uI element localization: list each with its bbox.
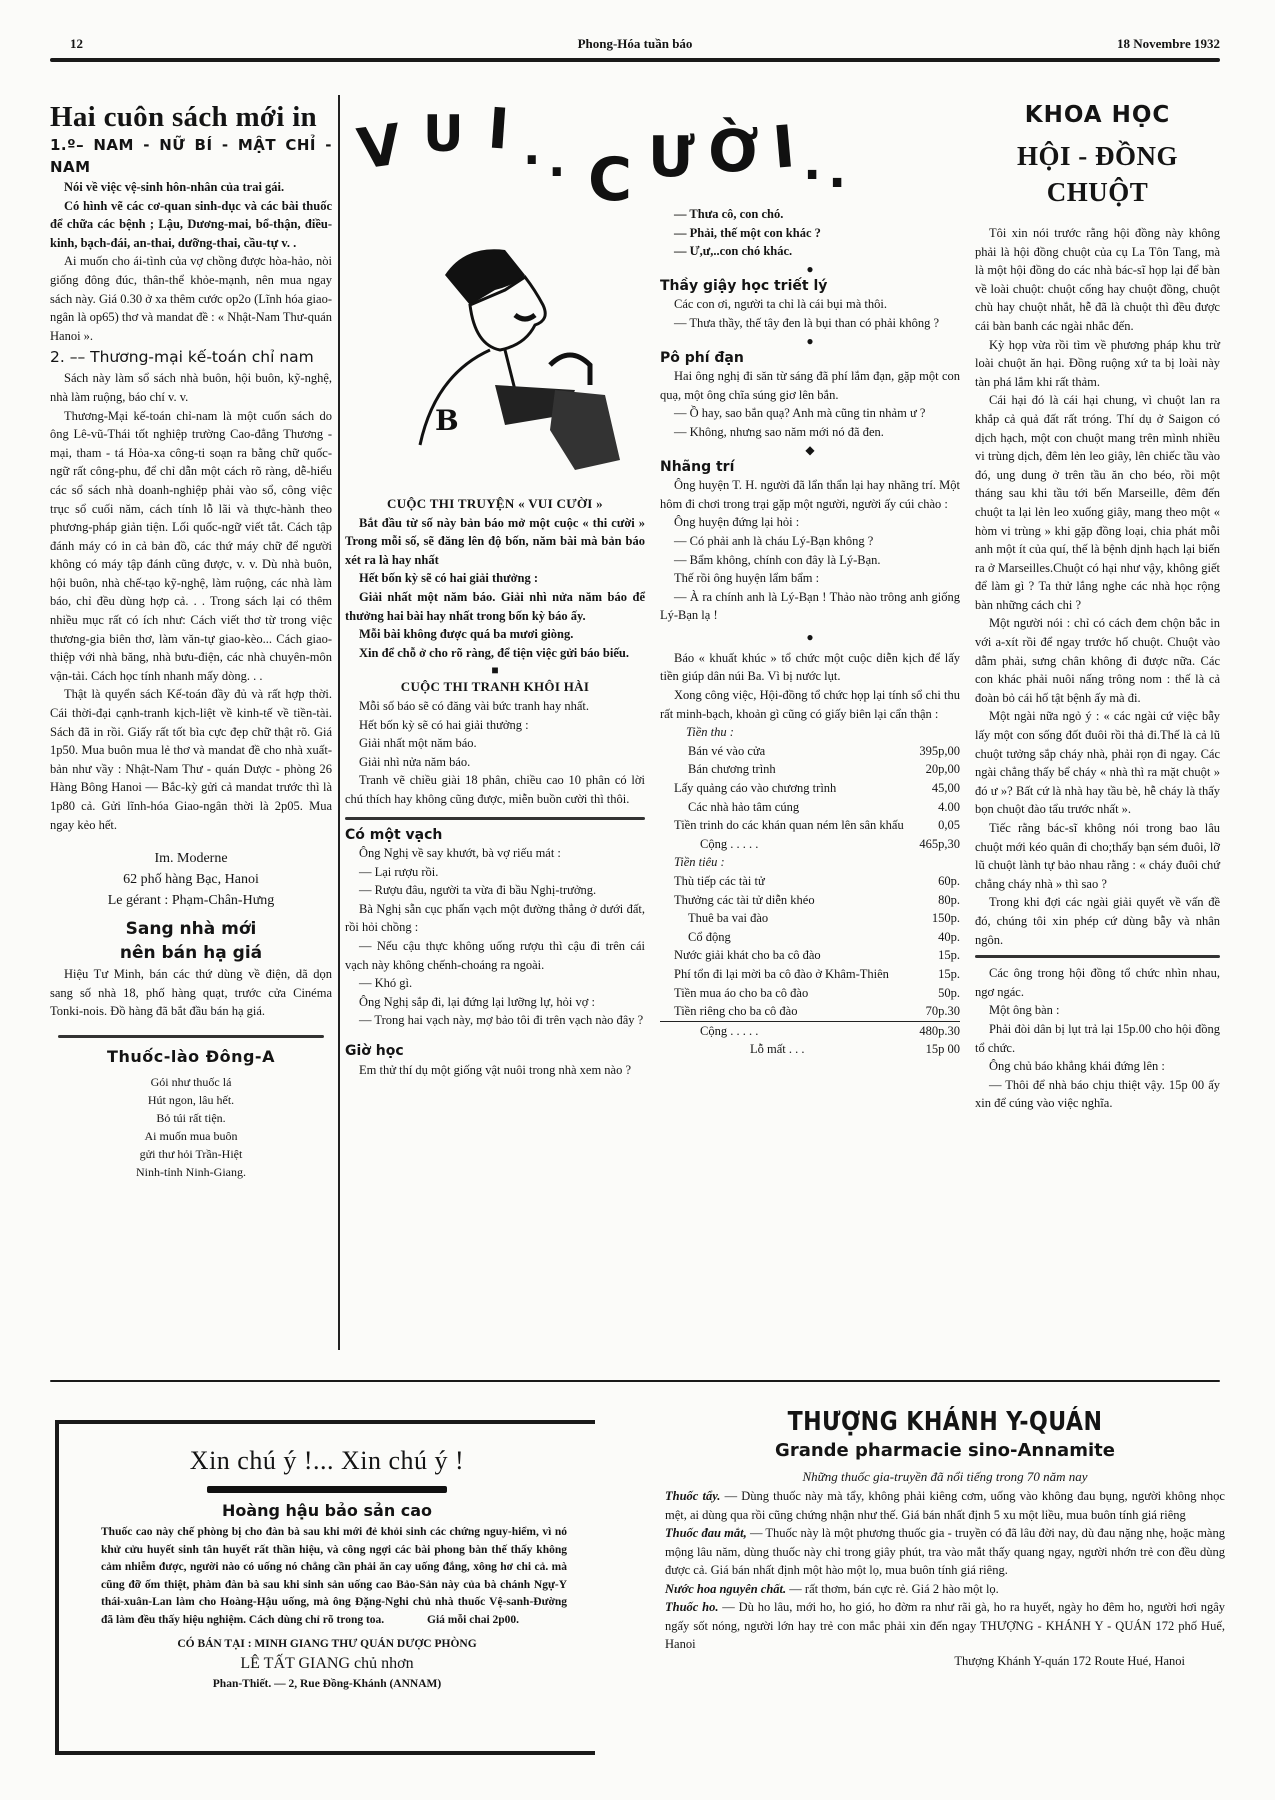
ad-item: Thuốc tẩy. — Dùng thuốc này mà tẩy, khôn… (665, 1487, 1225, 1524)
joke-line: — Rượu đâu, người ta vừa đi bầu Nghị-trư… (345, 881, 645, 900)
ledger-amount: 20p,00 (926, 760, 960, 779)
expense-row: Tiền mua áo cho ba cô đào50p. (660, 984, 960, 1003)
joke-line: — Thưa cô, con chó. (660, 205, 960, 224)
ledger-amount: 150p. (932, 909, 960, 928)
banner-letter: C (588, 145, 632, 215)
issue-date: 18 Novembre 1932 (1117, 36, 1220, 52)
separator-diamond-icon: ◆ (660, 442, 960, 458)
joke-line: — Khó gì. (345, 974, 645, 993)
income-row: Bán vé vào cửa395p,00 (660, 742, 960, 761)
ad-tagline: Những thuốc gia-truyền đã nổi tiếng tron… (665, 1467, 1225, 1487)
ad-item-text: — rất thơm, bán cực rẻ. Giá 2 hào một lọ… (786, 1582, 999, 1596)
joke-line: — Không, nhưng sao năm mới nó đã đen. (660, 423, 960, 442)
ledger-label: Tiền trinh do các khán quan ném lên sân … (674, 816, 904, 835)
ad-address: Phan-Thiết. — 2, Rue Đồng-Khánh (ANNAM) (59, 1675, 595, 1693)
ad-hoang-hau-bao-san-cao: Xin chú ý !... Xin chú ý ! Hoàng hậu bảo… (55, 1420, 595, 1755)
joke-line: Hai ông nghị đi săn từ sáng đã phí lắm đ… (660, 367, 960, 404)
banner-dot: . (523, 121, 540, 175)
contest-drawing-title: CUỘC THI TRANH KHÔI HÀI (345, 678, 645, 697)
ad-item-text: — Thuốc này là một phương thuốc gia - tr… (665, 1526, 1225, 1577)
moving-sale-title-line: Sang nhà mới (50, 917, 332, 941)
joke-line: — Có phải anh là cháu Lý-Bạn không ? (660, 532, 960, 551)
banner-dot: . (548, 133, 565, 187)
income-heading: Tiền thu : (660, 723, 960, 742)
banner-letter: I (770, 112, 797, 182)
ad-divider (207, 1486, 447, 1493)
ledger-label: Tiền riêng cho ba cô đào (674, 1002, 797, 1021)
ledger-amount: 60p. (938, 872, 960, 891)
column-contests: CUỘC THI TRUYỆN « VUI CƯỜI » Bắt đầu từ … (345, 495, 645, 1079)
book2-paragraph: Thương-Mại kế-toán chỉ-nam là một cuốn s… (50, 407, 332, 686)
ad-item-text: — Dù ho lâu, mới ho, ho gió, ho đờm ra n… (665, 1600, 1225, 1651)
separator-dot-icon: ● (660, 333, 960, 349)
contest-paragraph: Mỗi số báo sẽ có đăng vài bức tranh hay … (345, 697, 645, 716)
income-row: Tiền trinh do các khán quan ném lên sân … (660, 816, 960, 835)
imprint-line: 62 phố hàng Bạc, Hanoi (50, 869, 332, 890)
conclusion-line: Phải đòi dân bị lụt trả lại 15p.00 cho h… (975, 1020, 1220, 1057)
ledger-amount: 4.00 (938, 798, 960, 817)
book1-paragraph: Có hình vẽ các cơ-quan sinh-dục và các b… (50, 197, 332, 253)
verse-line: Hút ngon, lâu hết. (50, 1091, 332, 1109)
loss-row: Lỗ mất . . . 15p 00 (660, 1040, 960, 1059)
ledger-label: Lỗ mất . . . (750, 1040, 805, 1059)
section-divider (58, 1035, 324, 1038)
ledger-label: Cộng . . . . . (700, 1022, 758, 1041)
joke-body: Các con ơi, người ta chỉ là cái bụi mà t… (660, 295, 960, 332)
ledger-amount: 40p. (938, 928, 960, 947)
verse-line: Bỏ túi rất tiện. (50, 1109, 332, 1127)
verse-line: Gói như thuốc lá (50, 1073, 332, 1091)
joke-line: — Trong hai vạch này, mợ bảo tôi đi trên… (345, 1011, 645, 1030)
ledger-label: Cộng . . . . . (700, 835, 758, 854)
separator-dot-icon: ● (660, 261, 960, 277)
income-row: Các nhà hảo tâm cúng4.00 (660, 798, 960, 817)
book1-title: 1.º– NAM - NỮ BÍ - MẬT CHỈ - NAM (50, 134, 332, 178)
ledger-label: Tiền mua áo cho ba cô đào (674, 984, 808, 1003)
conclusion-line: Các ông trong hội đồng tổ chức nhìn nhau… (975, 964, 1220, 1001)
expense-heading: Tiền tiêu : (660, 853, 960, 872)
joke-title: Giờ học (345, 1042, 645, 1061)
section-divider (345, 817, 645, 820)
joke-line: — Thưa thầy, thế tây đen là bụi than có … (660, 314, 960, 333)
ledger-conclusion: Các ông trong hội đồng tổ chức nhìn nhau… (975, 964, 1220, 1113)
publication-title: Phong-Hóa tuần báo (50, 36, 1220, 52)
cartoon-illustration: B (375, 215, 645, 485)
section-label: KHOA HỌC (975, 100, 1220, 130)
ad-subtitle: Grande pharmacie sino-Annamite (665, 1439, 1225, 1463)
imprint-line: Le gérant : Phạm-Chân-Hưng (50, 890, 332, 911)
joke-line: — Nếu cậu thực không uống rượu thì cậu đ… (345, 937, 645, 974)
ledger-label: Thù tiếp các tài tử (674, 872, 765, 891)
ledger-amount: 45,00 (932, 779, 960, 798)
svg-text:B: B (435, 404, 459, 437)
masthead-rule (50, 58, 1220, 62)
contest-story-title: CUỘC THI TRUYỆN « VUI CƯỜI » (345, 495, 645, 514)
caricature-icon: B (375, 215, 645, 485)
joke-line: Các con ơi, người ta chỉ là cái bụi mà t… (660, 295, 960, 314)
moving-sale-title-line: nên bán hạ giá (50, 941, 332, 965)
banner-letter: U (423, 105, 464, 163)
joke-line: — À ra chính anh là Lý-Bạn ! Thảo nào tr… (660, 588, 960, 625)
thuoc-lao-verse: Gói như thuốc láHút ngon, lâu hết.Bỏ túi… (50, 1073, 332, 1181)
section-divider (975, 955, 1220, 958)
ledger-amount: 15p. (938, 965, 960, 984)
masthead: 12 Phong-Hóa tuần báo 18 Novembre 1932 (50, 30, 1220, 50)
ledger-amount: 395p,00 (919, 742, 960, 761)
article-paragraph: Cái hại đó là cái hại chung, vì chuột la… (975, 391, 1220, 614)
ledger-label: Bán chương trình (688, 760, 776, 779)
contest-paragraph: Giải nhất một năm báo. (345, 734, 645, 753)
ad-retailer: CÓ BÁN TẠI : MINH GIANG THƯ QUÁN DƯỢC PH… (59, 1635, 595, 1653)
conclusion-line: Ông chủ báo khẳng khái đứng lên : (975, 1057, 1220, 1076)
income-ledger: Bán vé vào cửa395p,00Bán chương trình20p… (660, 742, 960, 835)
joke-line: Thế rồi ông huyện lẩm bẩm : (660, 569, 960, 588)
income-row: Lấy quảng cáo vào chương trình45,00 (660, 779, 960, 798)
article-paragraph: Tiếc rằng bác-sĩ không nói trong bao lâu… (975, 819, 1220, 893)
book1-paragraph: Nói về việc vệ-sinh hôn-nhân của trai gá… (50, 178, 332, 197)
ad-item-text: — Dùng thuốc này mà tẩy, không phải kiên… (665, 1489, 1225, 1522)
verse-line: gửi thư hỏi Trần-Hiệt (50, 1145, 332, 1163)
expense-ledger: Thù tiếp các tài tử60p.Thưởng các tài tử… (660, 872, 960, 1021)
contest-paragraph: Giải nhì nửa năm báo. (345, 753, 645, 772)
book2-paragraph: Sách này làm sổ sách nhà buôn, hội buôn,… (50, 369, 332, 406)
moving-sale-body: Hiệu Tư Minh, bán các thứ dùng về điện, … (50, 965, 332, 1021)
column-science: KHOA HỌC HỘI - ĐỒNG CHUỘT Tôi xin nói tr… (975, 100, 1220, 1113)
expense-row: Phí tổn đi lại mời ba cô đào ở Khâm-Thiê… (660, 965, 960, 984)
column-divider (338, 95, 340, 1350)
banner-letter: I (486, 96, 511, 162)
contest-paragraph: Xin để chỗ ở cho rõ ràng, để tiện việc g… (345, 644, 645, 663)
ad-item: Thuốc đau mắt, — Thuốc này là một phương… (665, 1524, 1225, 1580)
conclusion-line: — Thôi để nhà báo chịu thiệt vậy. 15p 00… (975, 1076, 1220, 1113)
books-heading: Hai cuôn sách mới in (50, 100, 332, 134)
ad-body-text: Thuốc cao này chế phòng bị cho đàn bà sa… (101, 1526, 567, 1626)
book1-paragraph: Ai muốn cho ái-tình của vợ chồng được hò… (50, 252, 332, 345)
joke-line: — Lại rượu rồi. (345, 863, 645, 882)
expense-row: Cổ động40p. (660, 928, 960, 947)
ledger-label: Phí tổn đi lại mời ba cô đào ở Khâm-Thiê… (674, 965, 889, 984)
ad-items: Thuốc tẩy. — Dùng thuốc này mà tẩy, khôn… (665, 1487, 1225, 1654)
joke-line: Em thử thí dụ một giống vật nuôi trong n… (345, 1061, 645, 1080)
separator-dot-icon: ● (660, 629, 960, 645)
thuoc-lao-title: Thuốc-lào Đông-A (50, 1048, 332, 1067)
ledger-amount: 0,05 (938, 816, 960, 835)
ad-price: Giá mỗi chai 2p00. (427, 1614, 519, 1626)
joke-line: — Ư,ư,..con chó khác. (660, 242, 960, 261)
joke-line: — Phải, thế một con khác ? (660, 224, 960, 243)
ledger-label: Nước giải khát cho ba cô đào (674, 946, 821, 965)
joke-body: Hai ông nghị đi săn từ sáng đã phí lắm đ… (660, 367, 960, 441)
contest-paragraph: Giải nhất một năm báo. Giải nhì nửa năm … (345, 588, 645, 625)
expense-row: Thưởng các tài tử diễn khéo80p. (660, 891, 960, 910)
contest-paragraph: Hết bốn kỳ sẽ có hai giải thưởng : (345, 716, 645, 735)
ledger-amount: 70p.30 (926, 1002, 960, 1021)
expense-row: Thù tiếp các tài tử60p. (660, 872, 960, 891)
page-divider (50, 1380, 1220, 1382)
joke-body: Ông Nghị về say khướt, bà vợ riếu mát :—… (345, 844, 645, 1030)
ad-item-name: Thuốc tẩy. (665, 1489, 720, 1503)
contest-paragraph: Hết bốn kỳ sẽ có hai giải thưởng : (345, 569, 645, 588)
income-row: Bán chương trình20p,00 (660, 760, 960, 779)
verse-line: Ai muốn mua buôn (50, 1127, 332, 1145)
banner-dot: . (828, 143, 846, 199)
ad-item: Nước hoa nguyên chất. — rất thơm, bán cự… (665, 1580, 1225, 1599)
expense-row: Thuê ba vai đào150p. (660, 909, 960, 928)
joke-continuation: — Thưa cô, con chó.— Phải, thế một con k… (660, 205, 960, 261)
ad-headline: Xin chú ý !... Xin chú ý ! (59, 1446, 595, 1476)
ad-item-name: Thuốc ho. (665, 1600, 718, 1614)
joke-line: Ông huyện T. H. người đã lẩn thẩn lại ha… (660, 476, 960, 513)
contest-paragraph: Bắt đầu từ số này bản báo mở một cuộc « … (345, 514, 645, 570)
expense-total-row: Cộng . . . . . 480p.30 (660, 1021, 960, 1041)
article-paragraph: Trong khi đợi các ngài giải quyết về vấn… (975, 893, 1220, 949)
expense-row: Nước giải khát cho ba cô đào15p. (660, 946, 960, 965)
ledger-amount: 50p. (938, 984, 960, 1003)
ad-item-name: Thuốc đau mắt, (665, 1526, 747, 1540)
ledger-label: Cổ động (688, 928, 731, 947)
contest-paragraph: Mỗi bài không được quá ba mươi giòng. (345, 625, 645, 644)
article-title: HỘI - ĐỒNG CHUỘT (975, 138, 1220, 210)
contest-paragraph: Tranh vẽ chiều giài 18 phân, chiều cao 1… (345, 771, 645, 808)
joke-body: Em thử thí dụ một giống vật nuôi trong n… (345, 1061, 645, 1080)
joke-line: Ông huyện đứng lại hỏi : (660, 513, 960, 532)
joke-line: Bà Nghị sẵn cục phấn vạch một đường thẳn… (345, 900, 645, 937)
imprint-line: Im. Moderne (50, 848, 332, 869)
banner-letter: Ư (648, 125, 695, 190)
article-body: Tôi xin nói trước rằng hội đồng này khôn… (975, 224, 1220, 949)
joke-title: Thầy giậy học triết lý (660, 277, 960, 296)
ledger-amount: 480p.30 (919, 1022, 960, 1041)
book2-paragraph: Thật là quyển sách Kế-toán đầy đủ và rất… (50, 685, 332, 834)
article-paragraph: Kỳ họp vừa rồi tìm về phương pháp khu tr… (975, 336, 1220, 392)
ledger-label: Thưởng các tài tử diễn khéo (674, 891, 815, 910)
article-paragraph: Tôi xin nói trước rằng hội đồng này khôn… (975, 224, 1220, 336)
column-jokes: — Thưa cô, con chó.— Phải, thế một con k… (660, 205, 960, 1059)
joke-body: Ông huyện T. H. người đã lẩn thẩn lại ha… (660, 476, 960, 625)
joke-line: Ông Nghị sắp đi, lại đứng lại lưỡng lự, … (345, 993, 645, 1012)
ledger-amount: 15p. (938, 946, 960, 965)
ad-thuong-khanh-y-quan: THƯỢNG KHÁNH Y-QUÁN Grande pharmacie sin… (665, 1405, 1225, 1669)
conclusion-line: Một ông bàn : (975, 1001, 1220, 1020)
ad-body: Thuốc cao này chế phòng bị cho đàn bà sa… (59, 1520, 595, 1629)
verse-line: Ninh-tỉnh Ninh-Giang. (50, 1163, 332, 1181)
banner-letter: Ờ (708, 117, 759, 185)
ad-title: THƯỢNG KHÁNH Y-QUÁN (707, 1405, 1183, 1439)
joke-line: — Bẩm không, chính con đây là Lý-Bạn. (660, 551, 960, 570)
ledger-intro: Báo « khuất khúc » tổ chức một cuộc diễn… (660, 649, 960, 686)
ledger-amount: 15p 00 (926, 1040, 960, 1059)
column-books-ads: Hai cuôn sách mới in 1.º– NAM - NỮ BÍ - … (50, 100, 332, 1181)
ledger-label: Thuê ba vai đào (688, 909, 768, 928)
article-paragraph: Một người nói : chỉ có cách đem chộn bắc… (975, 614, 1220, 707)
ledger-label: Bán vé vào cửa (688, 742, 765, 761)
ledger-amount: 80p. (938, 891, 960, 910)
ad-item-name: Nước hoa nguyên chất. (665, 1582, 786, 1596)
ledger-intro: Xong công việc, Hội-đồng tổ chức họp lại… (660, 686, 960, 723)
income-total-row: Cộng . . . . . 465p,30 (660, 835, 960, 854)
separator-square-icon: ■ (345, 662, 645, 678)
vui-cuoi-banner: V U I . . C Ư Ờ I . . (348, 95, 958, 205)
moving-sale-title: Sang nhà mới nên bán hạ giá (50, 917, 332, 965)
banner-letter: V (354, 112, 406, 182)
ledger-label: Lấy quảng cáo vào chương trình (674, 779, 836, 798)
expense-row: Tiền riêng cho ba cô đào70p.30 (660, 1002, 960, 1021)
ad-product: Hoàng hậu bảo sản cao (59, 1501, 595, 1520)
ad-item: Thuốc ho. — Dù ho lâu, mới ho, ho gió, h… (665, 1598, 1225, 1654)
joke-title: Nhãng trí (660, 458, 960, 477)
joke-line: — Ồ hay, sao bắn quạ? Anh mà cũng tin nh… (660, 404, 960, 423)
joke-line: Ông Nghị về say khướt, bà vợ riếu mát : (345, 844, 645, 863)
ledger-amount: 465p,30 (919, 835, 960, 854)
joke-title: Pô phí đạn (660, 349, 960, 368)
book2-title: 2. –– Thương-mại kế-toán chỉ nam (50, 345, 332, 369)
article-paragraph: Một ngài nữa ngỏ ý : « các ngài cứ việc … (975, 707, 1220, 819)
ledger-label: Các nhà hảo tâm cúng (688, 798, 799, 817)
joke-title: Có một vạch (345, 826, 645, 845)
printer-imprint: Im. Moderne 62 phố hàng Bạc, Hanoi Le gé… (50, 848, 332, 911)
ad-footer: Thượng Khánh Y-quán 172 Route Hué, Hanoi (665, 1654, 1225, 1669)
ad-owner: LÊ TẤT GIANG chủ nhơn (59, 1653, 595, 1675)
banner-dot: . (803, 135, 821, 191)
